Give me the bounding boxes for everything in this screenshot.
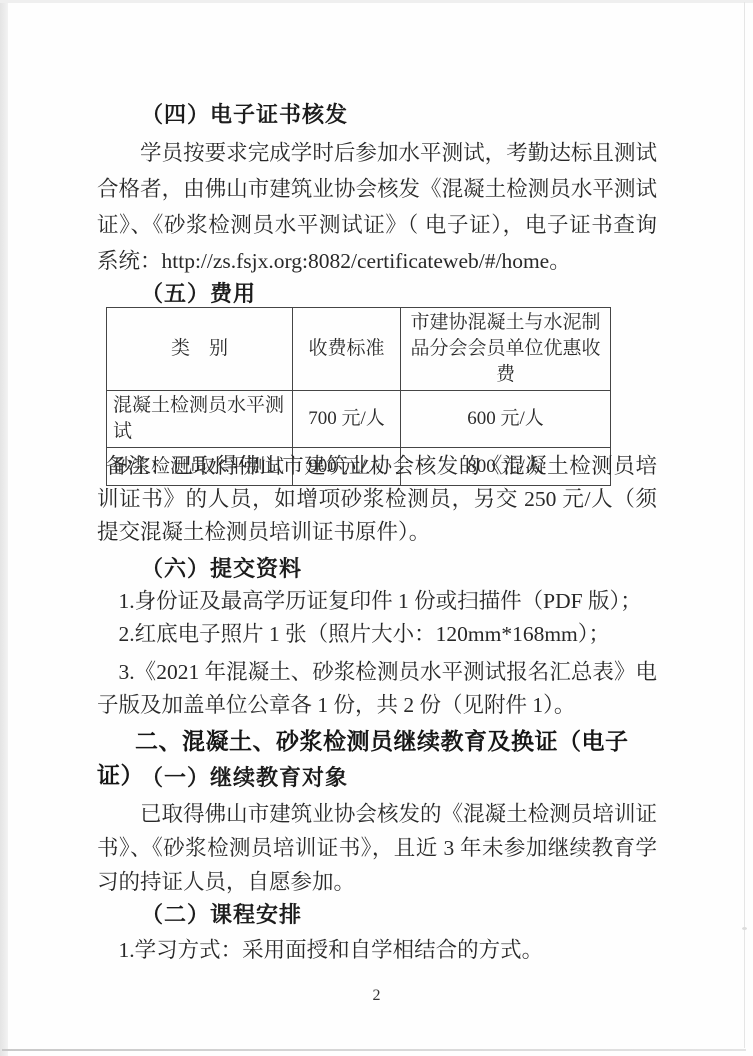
- fee-header-category: 类 别: [107, 308, 293, 391]
- document-page: （四）电子证书核发 学员按要求完成学时后参加水平测试，考勤达标且测试合格者，由佛…: [0, 0, 753, 1056]
- section-heading-submit-materials: （六）提交资料: [97, 553, 657, 585]
- section-heading-electronic-certificate: （四）电子证书核发: [97, 99, 657, 131]
- fee-header-member-discount: 市建协混凝土与水泥制品分会会员单位优惠收费: [401, 308, 611, 391]
- fee-cell-concrete-member: 600 元/人: [401, 391, 611, 448]
- list-item-id-card: 1.身份证及最高学历证复印件 1 份或扫描件（PDF 版）；: [97, 585, 657, 618]
- scan-edge-bottom-line: [2, 1049, 746, 1051]
- section-heading-course-arrangement: （二）课程安排: [97, 899, 657, 931]
- fee-cell-concrete-standard: 700 元/人: [293, 391, 401, 448]
- paragraph-certificate-issuance: 学员按要求完成学时后参加水平测试，考勤达标且测试合格者，由佛山市建筑业协会核发《…: [97, 135, 657, 279]
- document-content: （四）电子证书核发 学员按要求完成学时后参加水平测试，考勤达标且测试合格者，由佛…: [97, 0, 657, 1056]
- scanned-document: { "page_number": "2", "content": { "sec4…: [0, 0, 753, 1056]
- fee-header-standard: 收费标准: [293, 308, 401, 391]
- paragraph-fee-note: 备注：已取得佛山市建筑业协会核发的《混凝土检测员培训证书》的人员，如增项砂浆检测…: [97, 450, 657, 549]
- section-heading-education-target: （一）继续教育对象: [97, 762, 657, 794]
- section-heading-fees: （五）费用: [97, 278, 657, 310]
- scan-edge-top: [0, 0, 753, 3]
- fee-table-header: 类 别 收费标准 市建协混凝土与水泥制品分会会员单位优惠收费: [107, 308, 611, 391]
- page-number: 2: [0, 987, 753, 1005]
- fee-table-header-row: 类 别 收费标准 市建协混凝土与水泥制品分会会员单位优惠收费: [107, 308, 611, 391]
- list-item-summary-form: 3.《2021 年混凝土、砂浆检测员水平测试报名汇总表》电子版及加盖单位公章各 …: [97, 656, 657, 722]
- scan-edge-right-line: [744, 2, 745, 1048]
- scan-edge-left: [0, 0, 8, 1056]
- fee-cell-concrete-category: 混凝土检测员水平测试: [107, 391, 293, 448]
- fee-table-row-concrete: 混凝土检测员水平测试 700 元/人 600 元/人: [107, 391, 611, 448]
- scan-artifact-dot: [742, 927, 747, 930]
- list-item-study-method: 1.学习方式：采用面授和自学相结合的方式。: [97, 934, 657, 967]
- list-item-photo: 2.红底电子照片 1 张（照片大小：120mm*168mm）；: [97, 618, 657, 651]
- paragraph-education-target: 已取得佛山市建筑业协会核发的《混凝土检测员培训证书》、《砂浆检测员培训证书》，且…: [97, 797, 657, 899]
